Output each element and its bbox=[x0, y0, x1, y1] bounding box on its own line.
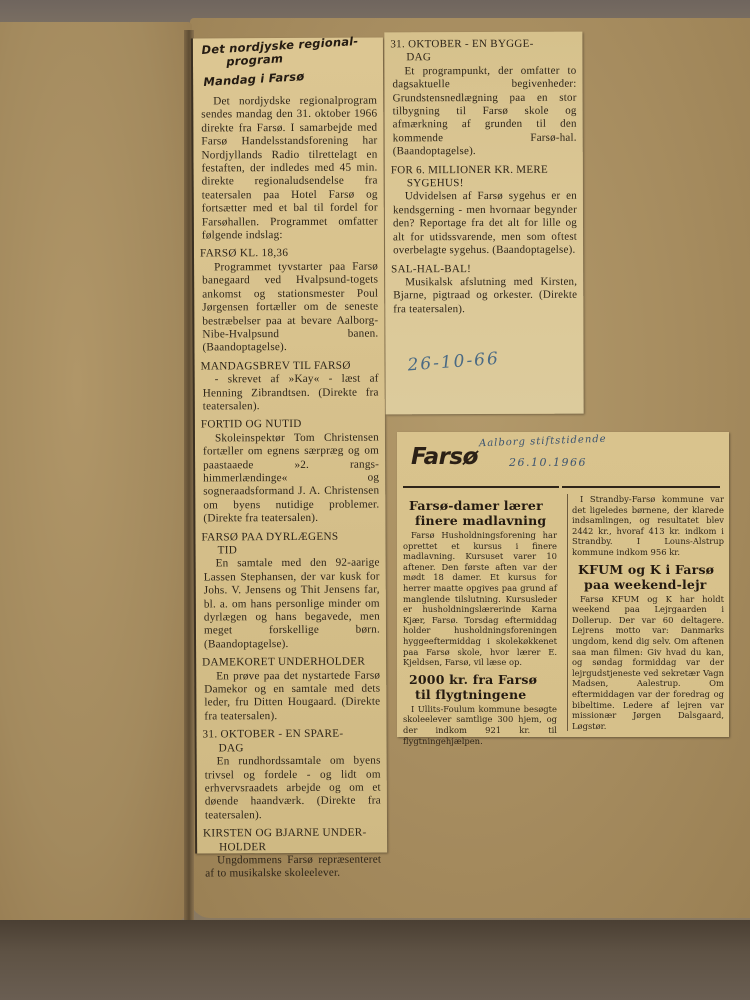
section-heading-cont: TID bbox=[202, 544, 380, 558]
section-heading-text: 31. OKTOBER - EN SPARE- bbox=[202, 728, 343, 741]
section-heading-cont: DAG bbox=[203, 741, 381, 755]
section-text: Udvidelsen af Farsø sygehus er en kendsg… bbox=[385, 190, 583, 258]
news-headline: KFUM og K i Farsøpaa weekend-lejr bbox=[570, 558, 726, 594]
headline-line: paa weekend-lejr bbox=[578, 577, 720, 592]
section-heading: MANDAGSBREV TIL FARSØ bbox=[195, 357, 385, 373]
section-heading-text: FARSØ PAA DYRLÆGENS bbox=[201, 530, 338, 543]
news-text: Farsø KFUM og K har holdt weekend paa Le… bbox=[570, 594, 726, 732]
headline-line: finere madlavning bbox=[409, 513, 553, 528]
section-text: Programmet tyvstarter paa Farsø banegaar… bbox=[194, 260, 384, 355]
section-heading: 31. OKTOBER - EN SPARE-DAG bbox=[196, 726, 386, 756]
section-text: En prøve paa det nystartede Farsø Dameko… bbox=[196, 669, 386, 724]
section-banner: Farsø bbox=[411, 444, 478, 470]
section-heading-cont: SYGEHUS! bbox=[391, 177, 577, 191]
section-heading-text: KIRSTEN OG BJARNE UNDER- bbox=[203, 827, 367, 840]
clipping-intro: Det nordjydske regionalprogram sendes ma… bbox=[193, 95, 384, 243]
clipping-title: Det nordjyske regional- program Mandag i… bbox=[193, 28, 386, 90]
section-text: Et programpunkt, der omfatter to dagsakt… bbox=[384, 64, 582, 159]
clipping-program-continued: 31. OKTOBER - EN BYGGE-DAGEt programpunk… bbox=[384, 32, 583, 415]
news-text: Farsø Husholdningsforening har oprettet … bbox=[401, 530, 559, 668]
clipping-radio-program: Det nordjyske regional- program Mandag i… bbox=[191, 38, 387, 854]
news-text: I Strandby-Farsø kommune var det ligeled… bbox=[570, 494, 726, 558]
handwritten-date: 26-10-66 bbox=[407, 349, 501, 376]
headline-line: Farsø-damer lærer bbox=[409, 498, 553, 513]
section-list: FARSØ KL. 18,36Programmet tyvstarter paa… bbox=[194, 245, 387, 881]
handwritten-source: Aalborg stiftstidende bbox=[479, 434, 607, 449]
section-heading-text: 31. OKTOBER - EN BYGGE- bbox=[390, 38, 533, 51]
news-column-right: I Strandby-Farsø kommune var det ligeled… bbox=[567, 494, 726, 731]
section-heading-text: FARSØ KL. 18,36 bbox=[200, 247, 288, 259]
section-text: En samtale med den 92-aarige Lassen Step… bbox=[196, 557, 386, 652]
section-list: 31. OKTOBER - EN BYGGE-DAGEt programpunk… bbox=[384, 32, 583, 317]
section-heading: 31. OKTOBER - EN BYGGE-DAG bbox=[384, 36, 582, 66]
table-shadow bbox=[0, 920, 750, 1000]
section-text: Ungdommens Farsø repræsenteret af to mus… bbox=[197, 853, 387, 881]
section-heading: KIRSTEN OG BJARNE UNDER-HOLDER bbox=[197, 825, 387, 855]
section-heading: FARSØ KL. 18,36 bbox=[194, 245, 384, 261]
handwritten-date: 26.10.1966 bbox=[509, 456, 587, 469]
section-heading-text: SAL-HAL-BAL! bbox=[391, 263, 471, 275]
section-heading-cont: HOLDER bbox=[203, 840, 381, 854]
divider bbox=[403, 486, 559, 488]
news-headline: 2000 kr. fra Farsøtil flygtningene bbox=[401, 668, 559, 704]
section-heading-text: FOR 6. MILLIONER KR. MERE bbox=[391, 163, 548, 176]
news-column-left: Farsø-damer lærerfinere madlavningFarsø … bbox=[401, 494, 559, 746]
news-text: I Ullits-Foulum kommune besøgte skoleele… bbox=[401, 704, 559, 746]
clipping-farso-news: Farsø Aalborg stiftstidende 26.10.1966 F… bbox=[397, 432, 729, 737]
section-heading-text: FORTID OG NUTID bbox=[201, 418, 302, 431]
clipping-subtitle: Mandag i Farsø bbox=[203, 66, 377, 89]
section-text: En rundhordssamtale om byens trivsel og … bbox=[197, 755, 387, 823]
section-heading: DAMEKORET UNDERHOLDER bbox=[196, 654, 386, 670]
section-text: Musikalsk afslutning med Kirsten, Bjarne… bbox=[385, 276, 583, 317]
section-text: Skoleinspektør Tom Christensen fortæller… bbox=[195, 431, 385, 526]
section-heading-cont: DAG bbox=[390, 51, 576, 65]
section-heading: FOR 6. MILLIONER KR. MERESYGEHUS! bbox=[385, 161, 583, 191]
headline-line: til flygtningene bbox=[409, 687, 553, 702]
section-heading-text: MANDAGSBREV TIL FARSØ bbox=[201, 359, 351, 372]
section-heading: FORTID OG NUTID bbox=[195, 416, 385, 432]
section-heading-text: DAMEKORET UNDERHOLDER bbox=[202, 656, 365, 669]
section-heading: FARSØ PAA DYRLÆGENSTID bbox=[195, 528, 385, 558]
scrapbook-page-left bbox=[0, 22, 192, 927]
headline-line: 2000 kr. fra Farsø bbox=[409, 672, 553, 687]
divider bbox=[562, 486, 720, 488]
section-heading: SAL-HAL-BAL! bbox=[385, 260, 583, 276]
news-headline: Farsø-damer lærerfinere madlavning bbox=[401, 494, 559, 530]
headline-line: KFUM og K i Farsø bbox=[578, 562, 720, 577]
section-text: - skrevet af »Kay« - læst af Henning Zib… bbox=[195, 373, 385, 414]
